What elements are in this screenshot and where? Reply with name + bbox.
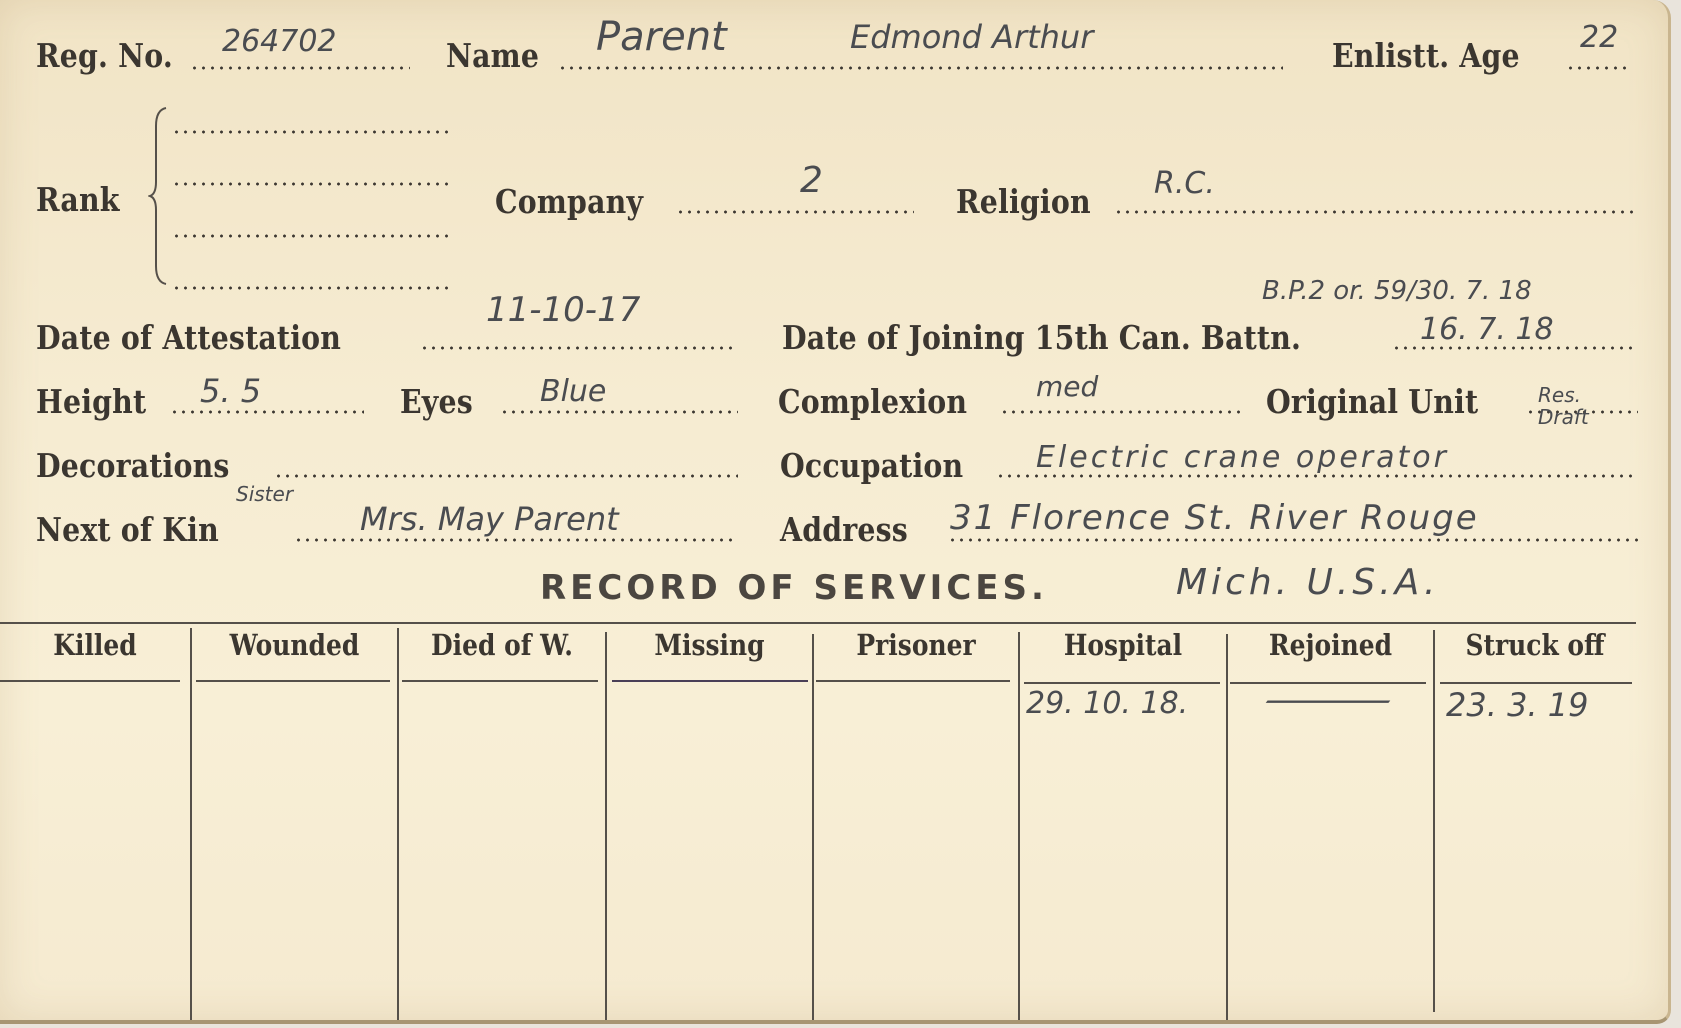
- date-of-joining-value: 16. 7. 18: [1420, 312, 1554, 347]
- eyes-dots: [500, 410, 738, 414]
- decorations-label: Decorations: [36, 446, 230, 485]
- service-record-card: Reg. No. 264702 Name Parent Edmond Arthu…: [0, 0, 1671, 1024]
- reg-no-value: 264702: [222, 24, 337, 59]
- enlist-age-label: Enlistt. Age: [1332, 36, 1520, 75]
- col-divider-6: [1226, 634, 1228, 1020]
- rank-brace-icon: [148, 106, 168, 286]
- name-label: Name: [446, 36, 539, 75]
- rejoined-value: —: [1260, 680, 1396, 720]
- col-divider-7: [1433, 630, 1435, 1012]
- eyes-label: Eyes: [400, 382, 473, 421]
- enlist-age-dots: [1566, 66, 1626, 70]
- header-underline-1: [0, 680, 180, 682]
- rank-line-3: [172, 234, 454, 238]
- surname-value: Parent: [596, 14, 727, 60]
- record-of-services-title: RECORD OF SERVICES.: [540, 568, 1048, 608]
- reg-no-dots: [190, 66, 410, 70]
- col-header-rejoined: Rejoined: [1242, 628, 1418, 662]
- complexion-value: med: [1036, 370, 1098, 403]
- header-underline-2: [196, 680, 390, 682]
- col-header-missing: Missing: [621, 628, 797, 662]
- address-continuation: Mich. U.S.A.: [1176, 562, 1439, 603]
- religion-value: R.C.: [1154, 166, 1215, 201]
- religion-dots: [1114, 210, 1638, 214]
- rank-line-2: [172, 182, 454, 186]
- header-underline-4: [612, 680, 808, 682]
- next-of-kin-dots: [294, 538, 738, 542]
- company-label: Company: [495, 182, 643, 221]
- header-underline-6: [1024, 682, 1220, 684]
- decorations-dots: [274, 474, 738, 478]
- attestation-dots: [420, 346, 738, 350]
- height-label: Height: [36, 382, 146, 421]
- given-names-value: Edmond Arthur: [850, 18, 1093, 56]
- col-header-wounded: Wounded: [206, 628, 382, 662]
- col-header-struck-off: Struck off: [1449, 628, 1621, 662]
- occupation-label: Occupation: [780, 446, 963, 485]
- address-label: Address: [780, 510, 908, 549]
- struck-off-value: 23. 3. 19: [1446, 686, 1588, 724]
- hospital-value: 29. 10. 18.: [1026, 686, 1188, 721]
- table-top-rule: [0, 622, 1636, 624]
- original-unit-value: Res. Draft: [1538, 384, 1638, 428]
- col-header-prisoner: Prisoner: [828, 628, 1003, 662]
- address-value: 31 Florence St. River Rouge: [950, 498, 1479, 538]
- height-value: 5. 5: [200, 372, 261, 410]
- col-divider-2: [397, 628, 399, 1020]
- header-underline-3: [402, 680, 598, 682]
- occupation-value: Electric crane operator: [1036, 440, 1449, 475]
- next-of-kin-label: Next of Kin: [36, 510, 219, 549]
- col-header-died-of-wounds: Died of W.: [413, 628, 590, 662]
- header-underline-5: [816, 680, 1010, 682]
- complexion-label: Complexion: [778, 382, 967, 421]
- complexion-dots: [1000, 410, 1242, 414]
- rank-label: Rank: [36, 180, 120, 219]
- next-of-kin-value: Mrs. May Parent: [360, 500, 619, 538]
- col-divider-4: [812, 634, 814, 1020]
- col-divider-5: [1018, 632, 1020, 1020]
- rank-line-1: [172, 130, 454, 134]
- col-header-hospital: Hospital: [1034, 628, 1211, 662]
- reg-no-label: Reg. No.: [36, 36, 173, 75]
- date-of-attestation-value: 11-10-17: [486, 290, 640, 330]
- height-dots: [170, 410, 364, 414]
- company-dots: [676, 210, 914, 214]
- col-divider-3: [605, 632, 607, 1020]
- col-header-killed: Killed: [13, 628, 176, 662]
- original-unit-label: Original Unit: [1266, 382, 1478, 421]
- next-of-kin-relation: Sister: [236, 482, 293, 506]
- company-value: 2: [800, 160, 823, 201]
- date-of-joining-label: Date of Joining 15th Can. Battn.: [782, 318, 1301, 357]
- rank-line-4: [172, 286, 454, 290]
- eyes-value: Blue: [540, 374, 606, 409]
- religion-label: Religion: [956, 182, 1091, 221]
- header-underline-8: [1440, 682, 1632, 684]
- address-dots: [948, 538, 1638, 542]
- name-dots: [558, 66, 1283, 70]
- date-of-attestation-label: Date of Attestation: [36, 318, 341, 357]
- joining-note: B.P.2 or. 59/30. 7. 18: [1262, 276, 1532, 306]
- enlist-age-value: 22: [1580, 20, 1618, 55]
- col-divider-1: [190, 628, 192, 1020]
